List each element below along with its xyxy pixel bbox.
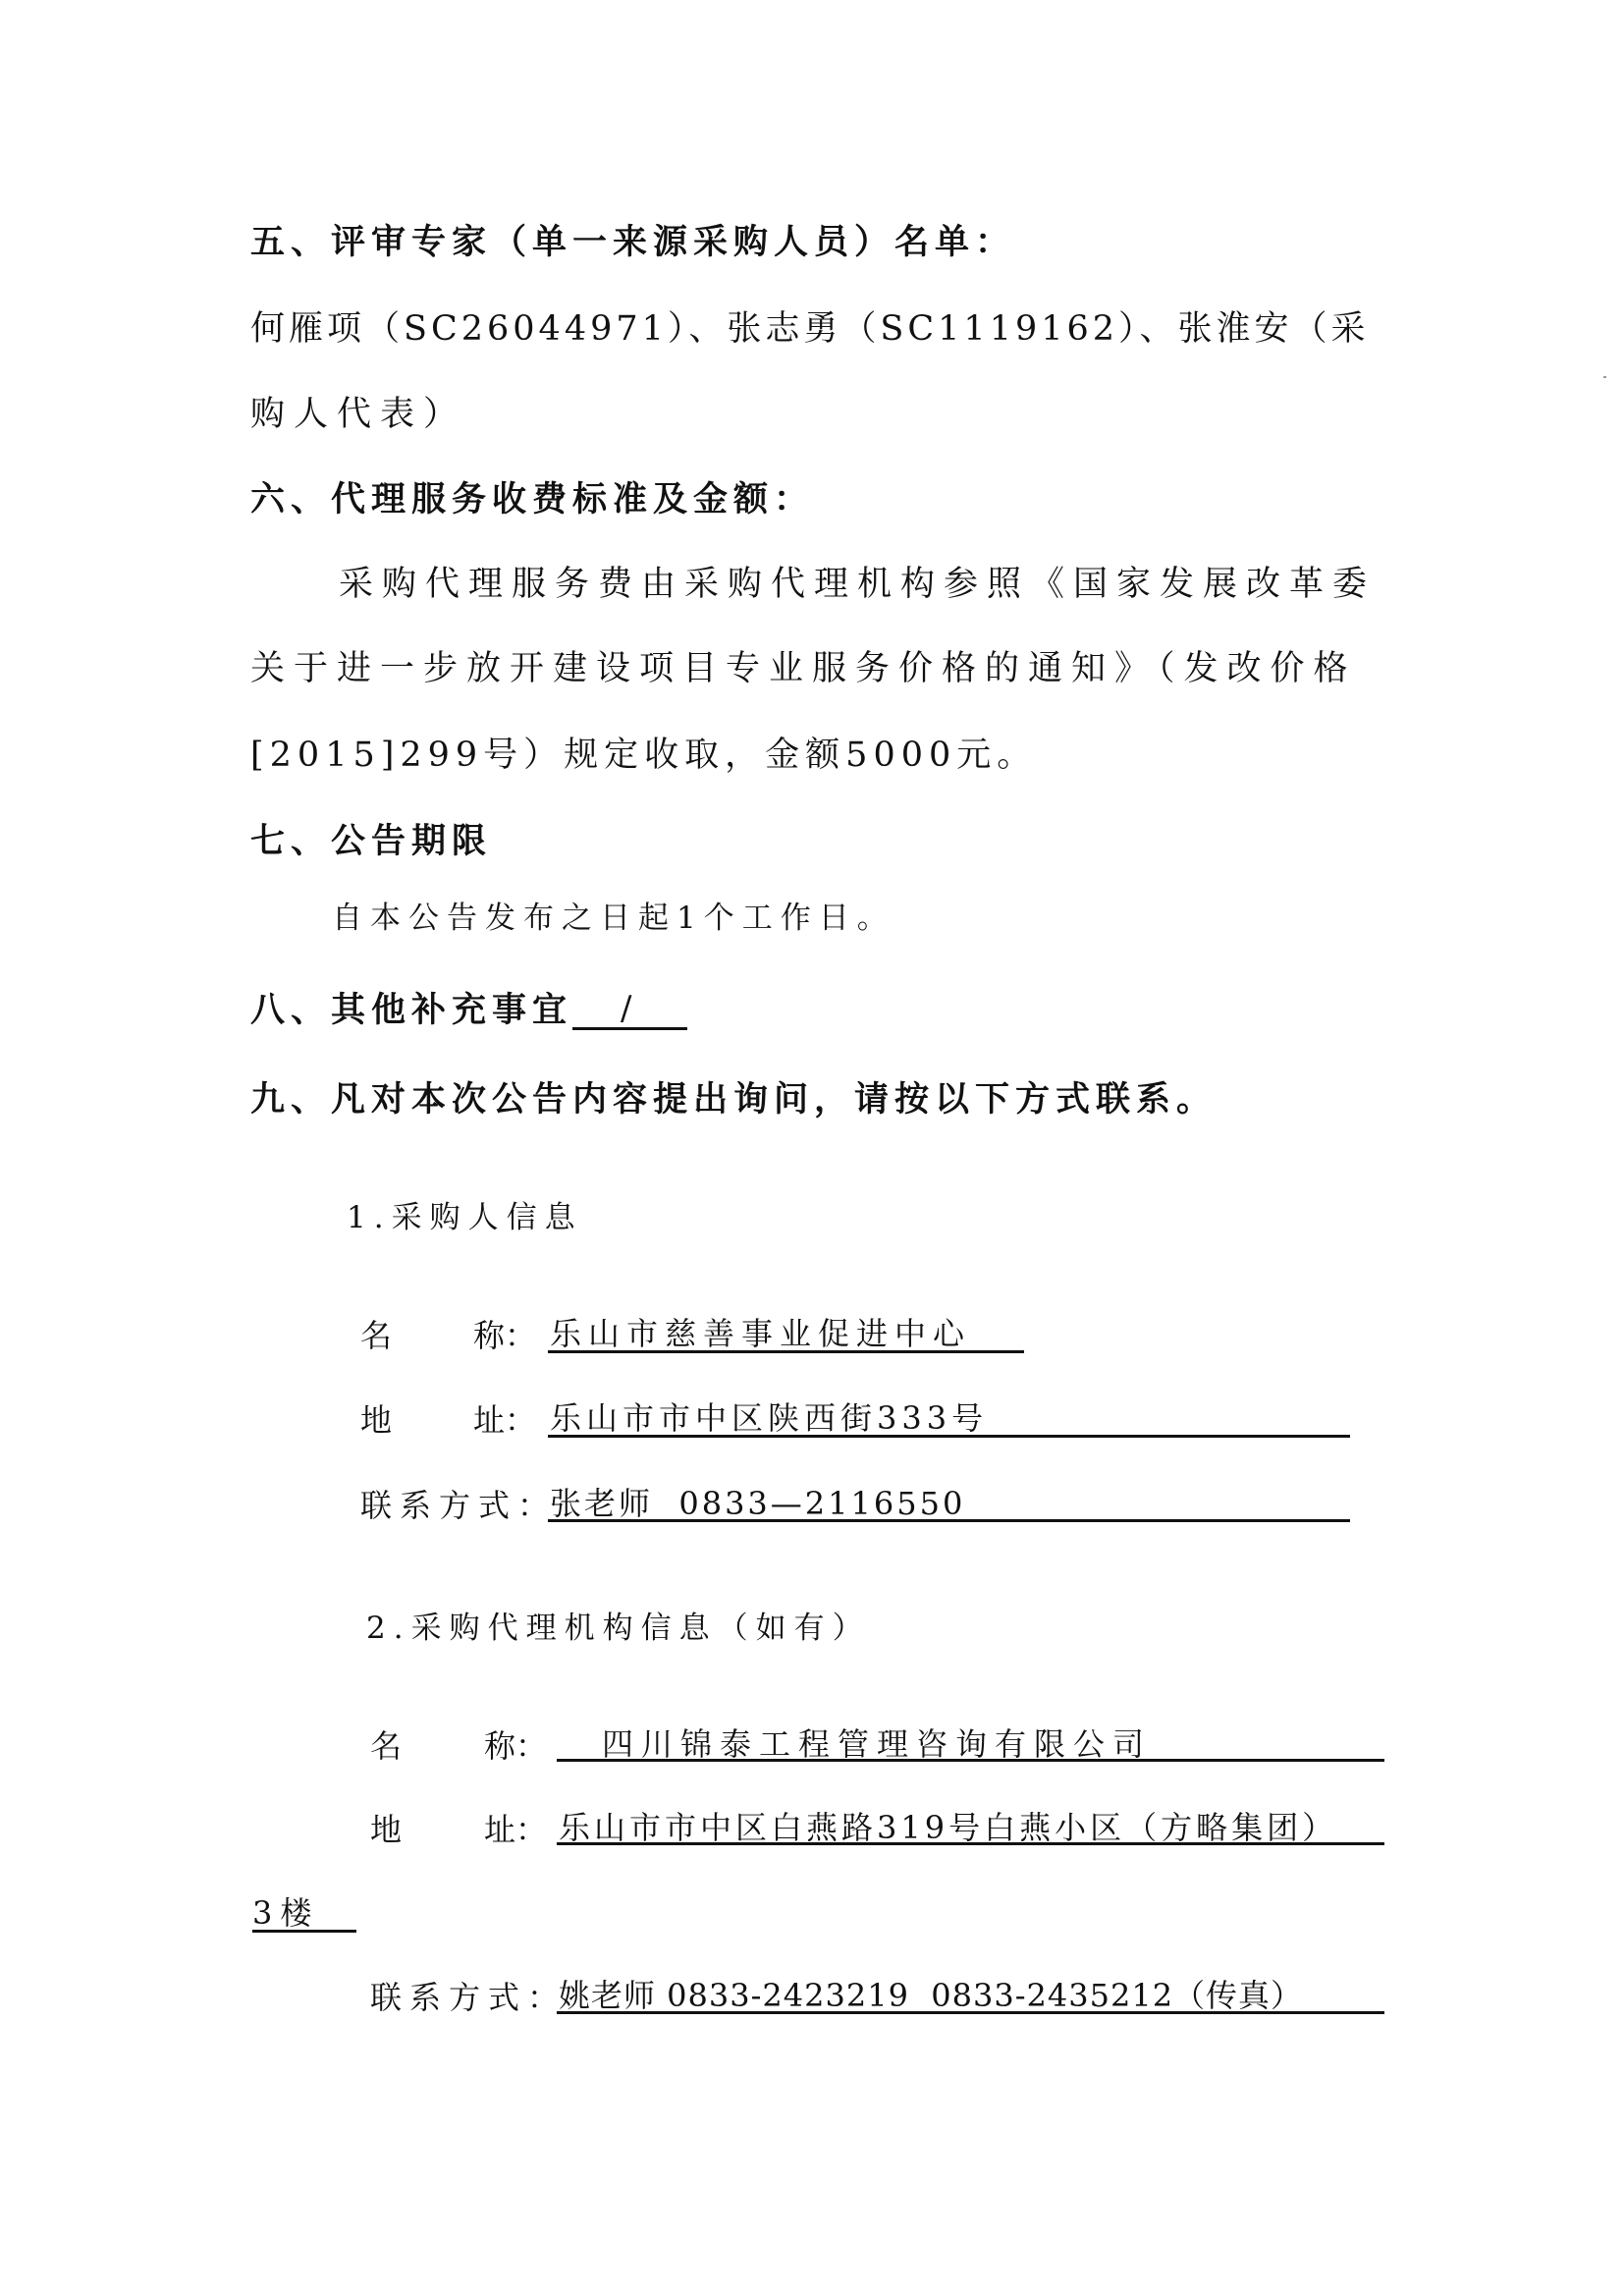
agency-name-label-1: 名 <box>370 1730 402 1762</box>
agency-address-label-1: 地 <box>370 1814 402 1845</box>
agency-name-underline <box>557 1759 1384 1762</box>
section6-heading: 六、代理服务收费标准及金额： <box>250 483 814 518</box>
purchaser-address-value: 乐山市市中区陕西街333号 <box>550 1402 988 1434</box>
purchaser-name-value: 乐山市慈善事业促进中心 <box>550 1318 971 1349</box>
agency-address-cont-underline <box>252 1930 356 1933</box>
section7-heading: 七、公告期限 <box>250 825 492 859</box>
section6-body-line1: 采购代理服务费由采购代理机构参照《国家发展改革委 <box>339 568 1376 602</box>
agency-address-underline <box>557 1842 1384 1845</box>
agency-info-title: 2.采购代理机构信息（如有） <box>366 1613 871 1644</box>
agency-contact-value: 姚老师 0833-2423219 0833-2435212（传真） <box>559 1980 1303 2011</box>
section6-body-line3: [2015]299号）规定收取，金额5000元。 <box>250 738 1037 773</box>
purchaser-contact-underline <box>548 1519 1350 1522</box>
agency-address-continued: 3楼 <box>252 1897 319 1929</box>
purchaser-name-label-1: 名 <box>360 1320 392 1351</box>
purchaser-info-title: 1.采购人信息 <box>347 1203 583 1233</box>
purchaser-address-label-1: 地 <box>360 1404 392 1436</box>
agency-name-label-2: 称： <box>484 1730 547 1762</box>
purchaser-address-label-2: 址： <box>473 1404 536 1436</box>
section5-experts-line1: 何雁项（SC26044971）、张志勇（SC1119162）、张淮安（采 <box>250 312 1370 347</box>
section8-heading: 八、其他补充事宜 <box>250 994 572 1028</box>
agency-address-value: 乐山市市中区白燕路319号白燕小区（方略集团） <box>559 1812 1337 1843</box>
purchaser-contact-value: 张老师 0833—2116550 <box>550 1488 965 1519</box>
section8-value: / <box>621 992 631 1025</box>
purchaser-name-label-2: 称： <box>473 1320 536 1351</box>
agency-name-value: 四川锦泰工程管理咨询有限公司 <box>602 1728 1152 1760</box>
purchaser-address-underline <box>548 1435 1350 1438</box>
section7-body: 自本公告发布之日起1个工作日。 <box>332 903 895 934</box>
section5-heading: 五、评审专家（单一来源采购人员）名单： <box>250 226 1015 260</box>
section8-underline <box>572 1027 687 1030</box>
agency-address-label-2: 址： <box>484 1814 547 1845</box>
purchaser-contact-label: 联系方式： <box>360 1490 557 1521</box>
agency-contact-underline <box>557 2011 1384 2014</box>
purchaser-name-underline <box>548 1350 1024 1353</box>
section6-body-line2: 关于进一步放开建设项目专业服务价格的通知》（发改价格 <box>250 652 1357 686</box>
section9-heading: 九、凡对本次公告内容提出询问，请按以下方式联系。 <box>250 1083 1217 1118</box>
scan-speck <box>1603 376 1606 378</box>
section5-experts-line2: 购人代表） <box>250 398 466 432</box>
agency-contact-label: 联系方式： <box>370 1982 567 2013</box>
